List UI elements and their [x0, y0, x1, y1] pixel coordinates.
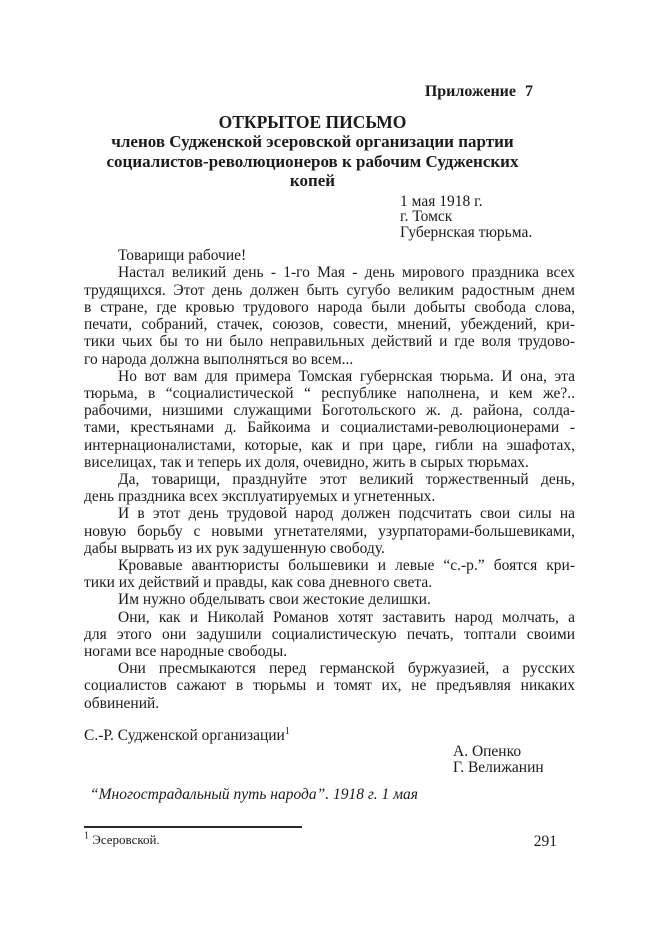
signature-org: С.-Р. Судженской организации — [84, 727, 285, 744]
paragraph: Но вот вам для примера Томская губернска… — [84, 368, 575, 471]
text-line: Им нужно обделывать свои жестокие делишк… — [84, 591, 575, 608]
paragraph: Они пресмыкаются перед германской буржуа… — [84, 660, 575, 712]
text-line: тами, крестьянами д. Байкоима и социалис… — [84, 419, 575, 436]
source-citation: “Многострадальный путь народа”. 1918 г. … — [90, 786, 575, 803]
letter-title: ОТКРЫТОЕ ПИСЬМО — [84, 112, 541, 132]
text-line: трудящихся. Этот день должен быть сугубо… — [84, 282, 575, 299]
text-line: го народа должна выполняться во всем... — [84, 351, 575, 368]
text-line: в стране, где кровью трудового народа бы… — [84, 299, 575, 316]
text-line: Настал великий день - 1-го Мая - день ми… — [84, 264, 575, 281]
letter-subtitle-line-1: членов Судженской эсеровской организации… — [84, 132, 541, 152]
footnote-marker: 1 — [285, 726, 290, 737]
paragraph: Им нужно обделывать свои жестокие делишк… — [84, 591, 575, 608]
signer-name-1: А. Опенко — [453, 744, 575, 760]
dateline-date: 1 мая 1918 г. — [400, 194, 575, 210]
text-line: день праздника всех эксплуатируемых и уг… — [84, 488, 575, 505]
text-line: Но вот вам для примера Томская губернска… — [84, 368, 575, 385]
footnote-divider — [84, 826, 302, 828]
signers-block: А. Опенко Г. Велижанин — [453, 744, 575, 776]
text-line: ногами все народные свободы. — [84, 643, 575, 660]
letter-subtitle-line-2: социалистов-революционеров к рабочим Суд… — [84, 152, 541, 191]
paragraph: Настал великий день - 1-го Мая - день ми… — [84, 264, 575, 367]
text-line: для этого они задушили социалистическую … — [84, 626, 575, 643]
letter-heading: ОТКРЫТОЕ ПИСЬМО членов Судженской эсеров… — [84, 112, 541, 191]
text-line: Кровавые авантюристы большевики и левые … — [84, 557, 575, 574]
text-line: тюрьма, в “социалистической “ республике… — [84, 385, 575, 402]
text-line: Они пресмыкаются перед германской буржуа… — [84, 660, 575, 677]
text-line: Они, как и Николай Романов хотят застави… — [84, 609, 575, 626]
text-line: дабы вырвать из их рук задушенную свобод… — [84, 540, 575, 557]
appendix-label: Приложение 7 — [84, 83, 575, 101]
book-page: Приложение 7 ОТКРЫТОЕ ПИСЬМО членов Судж… — [0, 0, 656, 931]
text-line: обвинений. — [84, 695, 575, 712]
paragraph: И в этот день трудовой народ должен подс… — [84, 505, 575, 557]
paragraph: Да, товарищи, празднуйте этот великий то… — [84, 471, 575, 505]
signature-row: С.-Р. Судженской организации1 — [84, 727, 575, 744]
text-line: социалистов сажают в тюрьмы и томят их, … — [84, 677, 575, 694]
paragraph: Они, как и Николай Романов хотят застави… — [84, 609, 575, 661]
text-line: интернационалистами, которые, как и при … — [84, 437, 575, 454]
text-line: Да, товарищи, празднуйте этот великий то… — [84, 471, 575, 488]
text-line: И в этот день трудовой народ должен подс… — [84, 505, 575, 522]
text-line: виселицах, так и теперь их доля, очевидн… — [84, 454, 575, 471]
letter-body: Настал великий день - 1-го Мая - день ми… — [84, 264, 575, 711]
paragraph: Кровавые авантюристы большевики и левые … — [84, 557, 575, 591]
text-line: рабочими, низшими служащими Боготольског… — [84, 402, 575, 419]
text-line: тики чьих бы то ни было неправильных дей… — [84, 333, 575, 350]
dateline-place: Губернская тюрьма. — [400, 225, 575, 241]
page-number: 291 — [84, 833, 575, 851]
page-content: Приложение 7 ОТКРЫТОЕ ПИСЬМО членов Судж… — [84, 0, 575, 847]
dateline-block: 1 мая 1918 г. г. Томск Губернская тюрьма… — [400, 194, 575, 241]
salutation: Товарищи рабочие! — [84, 247, 575, 264]
text-line: новую борьбу с новыми угнетателями, узур… — [84, 523, 575, 540]
signer-name-2: Г. Велижанин — [453, 760, 575, 776]
text-line: тики их действий и правды, как сова днев… — [84, 574, 575, 591]
dateline-city: г. Томск — [400, 209, 575, 225]
text-line: печати, собраний, стачек, союзов, совест… — [84, 316, 575, 333]
